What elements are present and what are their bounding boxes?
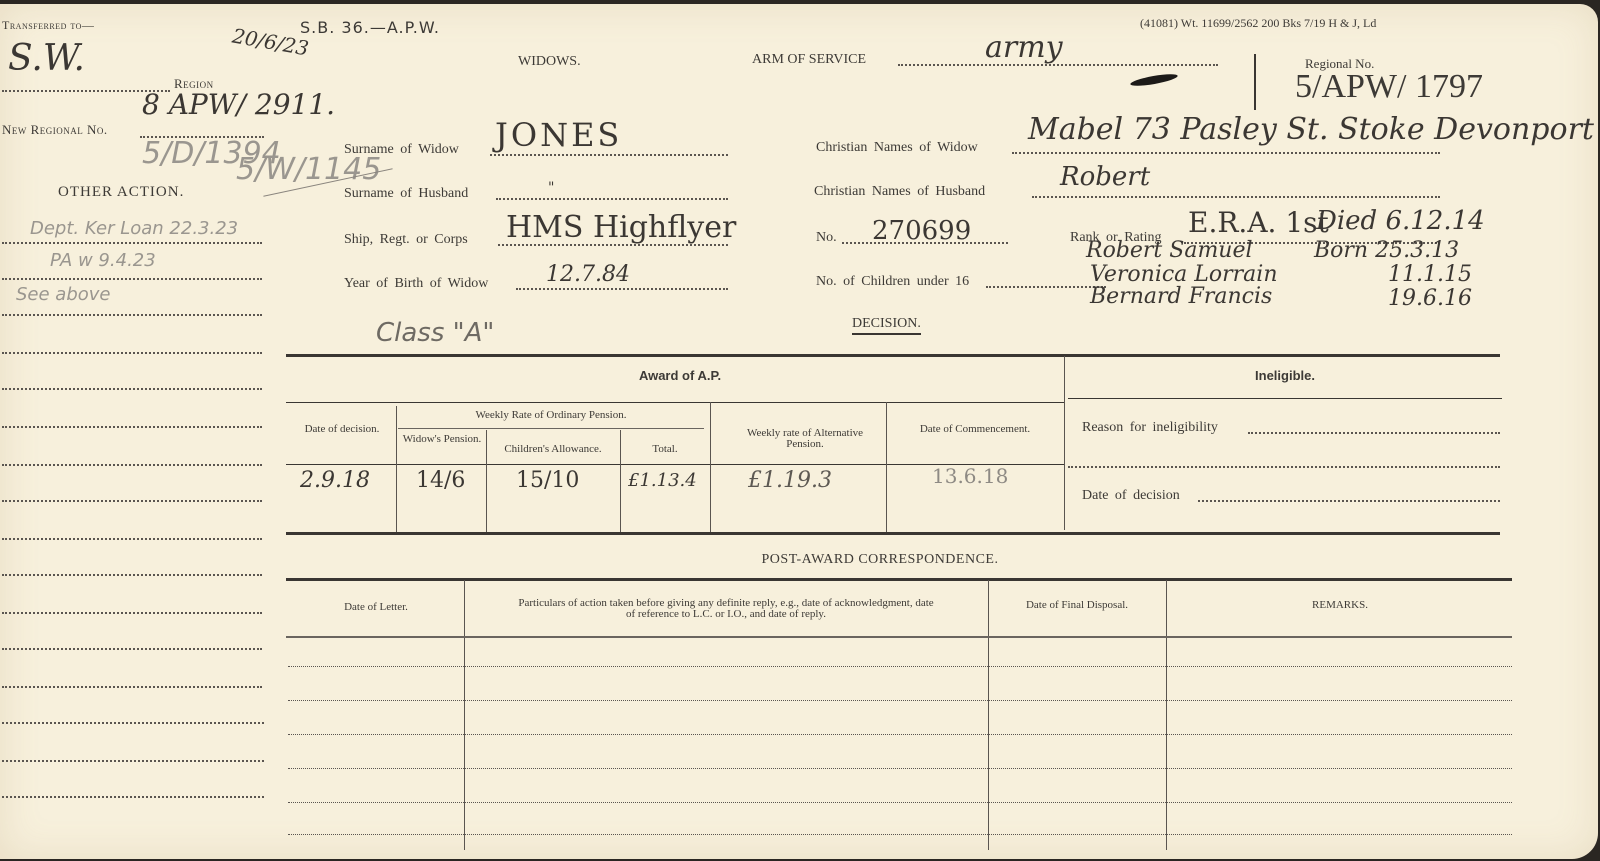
col-divider bbox=[464, 580, 465, 850]
correspondence-title: POST-AWARD CORRESPONDENCE. bbox=[600, 552, 1160, 568]
christian-husband-value: Robert bbox=[1060, 162, 1150, 192]
other-action-note-2: PA w 9.4.23 bbox=[50, 250, 156, 271]
no-label: No. bbox=[816, 230, 837, 246]
award-alternative: £1.19.3 bbox=[748, 468, 832, 493]
header-weekly-rate: Weekly Rate of Ordinary Pension. bbox=[398, 410, 704, 421]
printer-line: (41081) Wt. 11699/2562 200 Bks 7/19 H & … bbox=[1140, 16, 1376, 31]
arm-of-service-label: ARM OF SERVICE bbox=[752, 52, 866, 68]
surname-husband-line bbox=[496, 198, 728, 200]
reason-line-2 bbox=[1068, 466, 1500, 468]
header-particulars: Particulars of action taken before givin… bbox=[516, 598, 936, 620]
reason-label: Reason for ineligibility bbox=[1082, 420, 1218, 436]
widows-label: WIDOWS. bbox=[518, 54, 581, 70]
header-alternative: Weekly rate of Alternative Pension. bbox=[730, 428, 880, 450]
christian-husband-label: Christian Names of Husband bbox=[814, 184, 985, 200]
col-divider bbox=[886, 402, 887, 532]
regional-divider bbox=[1254, 54, 1256, 110]
header-total: Total. bbox=[622, 444, 708, 455]
child-name: Robert Samuel bbox=[1086, 238, 1253, 263]
award-title: Award of A.P. bbox=[600, 368, 760, 383]
award-header-rule bbox=[286, 402, 1064, 403]
ineligible-header-rule bbox=[1068, 398, 1502, 399]
award-childrens-allowance: 15/10 bbox=[516, 468, 579, 493]
new-regional-no-label: New Regional No. bbox=[2, 122, 108, 138]
surname-widow-line bbox=[490, 154, 728, 156]
children-line bbox=[986, 286, 1106, 288]
col-divider bbox=[710, 402, 711, 532]
rank-value: E.R.A. 1st bbox=[1188, 206, 1329, 239]
christian-widow-label: Christian Names of Widow bbox=[816, 140, 978, 156]
header-date-of-decision: Date of decision. bbox=[290, 424, 394, 435]
surname-husband-label: Surname of Husband bbox=[344, 186, 468, 202]
surname-husband-value: " bbox=[548, 180, 554, 196]
award-total: £1.13.4 bbox=[628, 470, 697, 491]
header-childrens-allowance: Children's Allowance. bbox=[488, 444, 618, 455]
form-code: S.B. 36.—A.P.W. bbox=[300, 18, 440, 37]
yob-widow-line bbox=[516, 288, 728, 290]
transfer-date: 20/6/23 bbox=[231, 23, 311, 60]
surname-widow-label: Surname of Widow bbox=[344, 142, 459, 158]
decision-rule bbox=[286, 354, 1500, 357]
ship-label: Ship, Regt. or Corps bbox=[344, 232, 468, 248]
new-regional-no-value-1: 8 APW/ 2911. bbox=[142, 88, 335, 121]
other-action-label: OTHER ACTION. bbox=[58, 184, 184, 201]
award-commencement: 13.6.18 bbox=[932, 464, 1008, 488]
award-bottom-rule bbox=[286, 532, 1500, 535]
children-label: No. of Children under 16 bbox=[816, 274, 969, 290]
ineligible-title: Ineligible. bbox=[1200, 368, 1370, 383]
arm-of-service-value: army bbox=[985, 30, 1063, 65]
col-divider bbox=[396, 406, 397, 532]
decision-label: DECISION. bbox=[852, 316, 921, 335]
correspondence-header-rule bbox=[286, 636, 1512, 638]
col-divider bbox=[486, 430, 487, 532]
header-widows-pension: Widow's Pension. bbox=[400, 434, 484, 445]
other-action-note-1: Dept. Ker Loan 22.3.23 bbox=[30, 218, 238, 239]
other-action-note-3: See above bbox=[16, 284, 111, 305]
award-widows-pension: 14/6 bbox=[416, 468, 465, 493]
died-value: Died 6.12.14 bbox=[1316, 206, 1485, 236]
surname-widow-value: JONES bbox=[495, 116, 622, 154]
award-date-of-decision: 2.9.18 bbox=[300, 468, 370, 493]
christian-widow-value: Mabel 73 Pasley St. Stoke Devonport bbox=[1028, 112, 1594, 147]
child-dob: 11.1.15 bbox=[1388, 262, 1472, 287]
child-dob: Born 25.3.13 bbox=[1314, 238, 1459, 263]
header-remarks: REMARKS. bbox=[1168, 600, 1512, 611]
award-ineligible-divider bbox=[1064, 356, 1068, 530]
header-final-disposal: Date of Final Disposal. bbox=[990, 600, 1164, 611]
ship-value: HMS Highflyer bbox=[506, 210, 736, 245]
christian-widow-line bbox=[1012, 152, 1440, 154]
ineligible-date-label: Date of decision bbox=[1082, 488, 1180, 504]
no-value: 270699 bbox=[872, 216, 971, 246]
col-divider bbox=[620, 430, 621, 532]
pension-record-card: Transferred to— S.B. 36.—A.P.W. WIDOWS. … bbox=[0, 4, 1598, 859]
ineligible-date-line bbox=[1198, 500, 1500, 502]
child-dob: 19.6.16 bbox=[1388, 286, 1472, 311]
reason-line bbox=[1248, 432, 1500, 434]
regional-no-value: 5/APW/ 1797 bbox=[1295, 68, 1483, 106]
yob-widow-label: Year of Birth of Widow bbox=[344, 276, 488, 292]
transferred-to-value: S.W. bbox=[8, 38, 85, 79]
child-name: Bernard Francis bbox=[1090, 284, 1272, 309]
correspondence-top-rule bbox=[286, 578, 1512, 581]
weekly-rate-rule bbox=[398, 428, 704, 429]
header-date-of-letter: Date of Letter. bbox=[290, 602, 462, 613]
header-commencement: Date of Commencement. bbox=[910, 424, 1040, 435]
ink-mark bbox=[1130, 72, 1179, 88]
col-divider bbox=[1166, 580, 1167, 850]
col-divider bbox=[988, 580, 989, 850]
christian-husband-line bbox=[1032, 196, 1440, 198]
class-note: Class "A" bbox=[376, 318, 494, 348]
yob-widow-value: 12.7.84 bbox=[546, 262, 630, 287]
transferred-to-label: Transferred to— bbox=[2, 18, 94, 33]
